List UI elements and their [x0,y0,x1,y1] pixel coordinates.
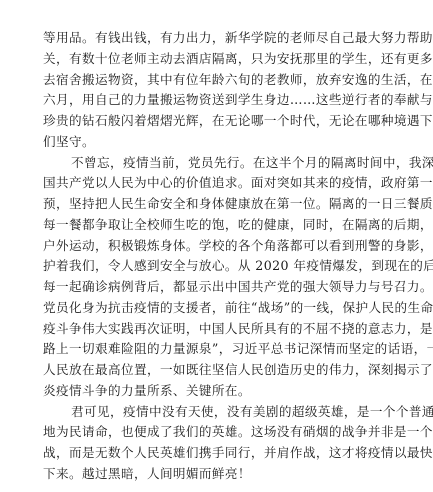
text-line: 等用品。有钱出钱，有力出力，新华学院的老师尽自己最大努力帮助大家度过难 [43,28,385,49]
text-line: 党员化身为抗击疫情的支援者，前往“战场”的一线，保护人民的生命健康。“抗 [43,298,385,319]
paragraph-3: 君可见，疫情中没有天使，没有美剧的超级英雄，是一个个普通人拼尽所能 地为民请命，… [43,402,385,485]
text-line: 路上一切艰难险阻的力量源泉”，习近平总书记深情而坚定的话语，一如既往把 [43,339,385,360]
text-line: 预，坚持把人民生命安全和身体健康放在第一位。隔离的一日三餐质量不断提高， [43,194,385,215]
text-line: 去宿舍搬运物资，其中有位年龄六旬的老教师，放弃安逸的生活，在火热朝天的 [43,70,385,91]
text-line: 炎疫情斗争的力量所系、关键所在。 [43,381,385,402]
text-line: 们坚守。 [43,132,385,153]
paragraph-1: 等用品。有钱出钱，有力出力，新华学院的老师尽自己最大努力帮助大家度过难 关，有数… [43,28,385,153]
text-line: 每一起确诊病例背后，都显示出中国共产党的强大领导力与号召力。无数的共产 [43,277,385,298]
text-line: 护着我们，令人感到安全与放心。从 2020 年疫情爆发，到现在的后疫情时代， [43,256,385,277]
text-line: 战，而是无数个人民英雄们携手同行，并肩作战，这才将疫情以最快的速度稳定 [43,443,385,464]
text-line: 国共产党以人民为中心的价值追求。面对突如其来的疫情，政府第一时间进行干 [43,173,385,194]
text-line: 关，有数十位老师主动去酒店隔离，只为安抚那里的学生，还有更多的老师主动 [43,49,385,70]
document-page: 等用品。有钱出钱，有力出力，新华学院的老师尽自己最大努力帮助大家度过难 关，有数… [43,28,385,485]
text-line: 下来。越过黑暗，人间明媚而鲜亮！ [43,464,385,485]
paragraph-2: 不曾忘，疫情当前，党员先行。在这半个月的隔离时间中，我深切感受到中 国共产党以人… [43,153,385,402]
text-line: 不曾忘，疫情当前，党员先行。在这半个月的隔离时间中，我深切感受到中 [43,153,385,174]
text-line: 户外运动，积极锻炼身体。学校的各个角落都可以看到刑警的身影，是他们在保 [43,236,385,257]
text-line: 人民放在最高位置，一如既往坚信人民创造历史的伟力，深刻揭示了抗击新冠肺 [43,360,385,381]
text-line: 每一餐都争取让全校师生吃的饱，吃的健康，同时，在隔离的后期，还组织学生 [43,215,385,236]
text-line: 珍贵的钻石般闪着熠熠光辉，在无论哪一个时代，无论在哪种境遇下，都值得我 [43,111,385,132]
text-line: 六月，用自己的力量搬运物资送到学生身边……这些逆行者的奉献与博爱，如同 [43,90,385,111]
text-line: 疫斗争伟大实践再次证明，中国人民所具有的不屈不挠的意志力，是战胜前进道 [43,319,385,340]
text-line: 君可见，疫情中没有天使，没有美剧的超级英雄，是一个个普通人拼尽所能 [43,402,385,423]
text-line: 地为民请命，也便成了我们的英雄。这场没有硝烟的战争并非是一个人的孤军奋 [43,422,385,443]
